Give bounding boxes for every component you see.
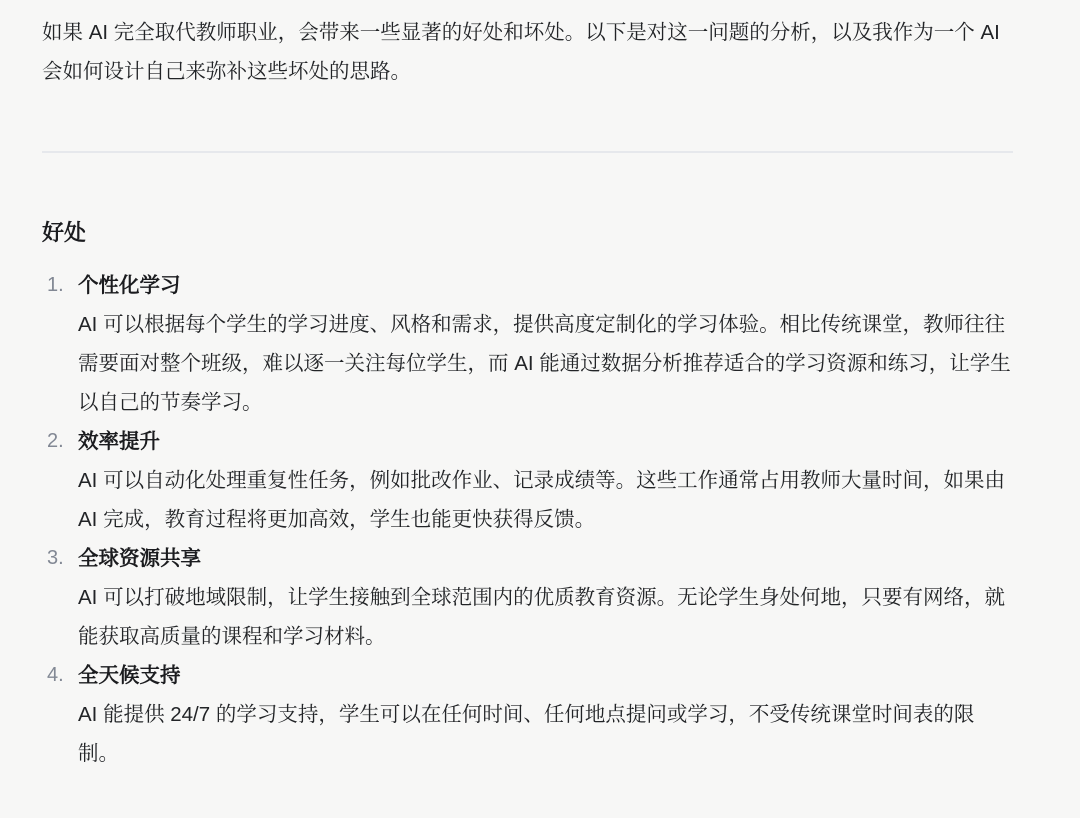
chat-response-document: 如果 AI 完全取代教师职业，会带来一些显著的好处和坏处。以下是对这一问题的分析… [0, 0, 1080, 818]
list-item-number: 1. [42, 266, 78, 422]
benefits-list: 1. 个性化学习 AI 可以根据每个学生的学习进度、风格和需求，提供高度定制化的… [42, 266, 1013, 773]
list-item-number: 2. [42, 422, 78, 539]
list-item-body: AI 能提供 24/7 的学习支持，学生可以在任何时间、任何地点提问或学习，不受… [78, 695, 1013, 773]
list-item: 2. 效率提升 AI 可以自动化处理重复性任务，例如批改作业、记录成绩等。这些工… [42, 422, 1013, 539]
list-item-title: 效率提升 [78, 422, 1013, 461]
list-item-body: AI 可以根据每个学生的学习进度、风格和需求，提供高度定制化的学习体验。相比传统… [78, 305, 1013, 422]
list-item-content: 个性化学习 AI 可以根据每个学生的学习进度、风格和需求，提供高度定制化的学习体… [78, 266, 1013, 422]
section-divider [42, 151, 1013, 153]
list-item-number: 4. [42, 656, 78, 773]
list-item-content: 全天候支持 AI 能提供 24/7 的学习支持，学生可以在任何时间、任何地点提问… [78, 656, 1013, 773]
list-item-title: 全球资源共享 [78, 539, 1013, 578]
list-item-body: AI 可以自动化处理重复性任务，例如批改作业、记录成绩等。这些工作通常占用教师大… [78, 461, 1013, 539]
list-item: 3. 全球资源共享 AI 可以打破地域限制，让学生接触到全球范围内的优质教育资源… [42, 539, 1013, 656]
list-item-number: 3. [42, 539, 78, 656]
list-item: 4. 全天候支持 AI 能提供 24/7 的学习支持，学生可以在任何时间、任何地… [42, 656, 1013, 773]
list-item-content: 全球资源共享 AI 可以打破地域限制，让学生接触到全球范围内的优质教育资源。无论… [78, 539, 1013, 656]
intro-paragraph: 如果 AI 完全取代教师职业，会带来一些显著的好处和坏处。以下是对这一问题的分析… [42, 13, 1013, 91]
list-item-content: 效率提升 AI 可以自动化处理重复性任务，例如批改作业、记录成绩等。这些工作通常… [78, 422, 1013, 539]
list-item-title: 个性化学习 [78, 266, 1013, 305]
list-item-body: AI 可以打破地域限制，让学生接触到全球范围内的优质教育资源。无论学生身处何地，… [78, 578, 1013, 656]
benefits-heading: 好处 [42, 216, 1013, 249]
list-item-title: 全天候支持 [78, 656, 1013, 695]
list-item: 1. 个性化学习 AI 可以根据每个学生的学习进度、风格和需求，提供高度定制化的… [42, 266, 1013, 422]
